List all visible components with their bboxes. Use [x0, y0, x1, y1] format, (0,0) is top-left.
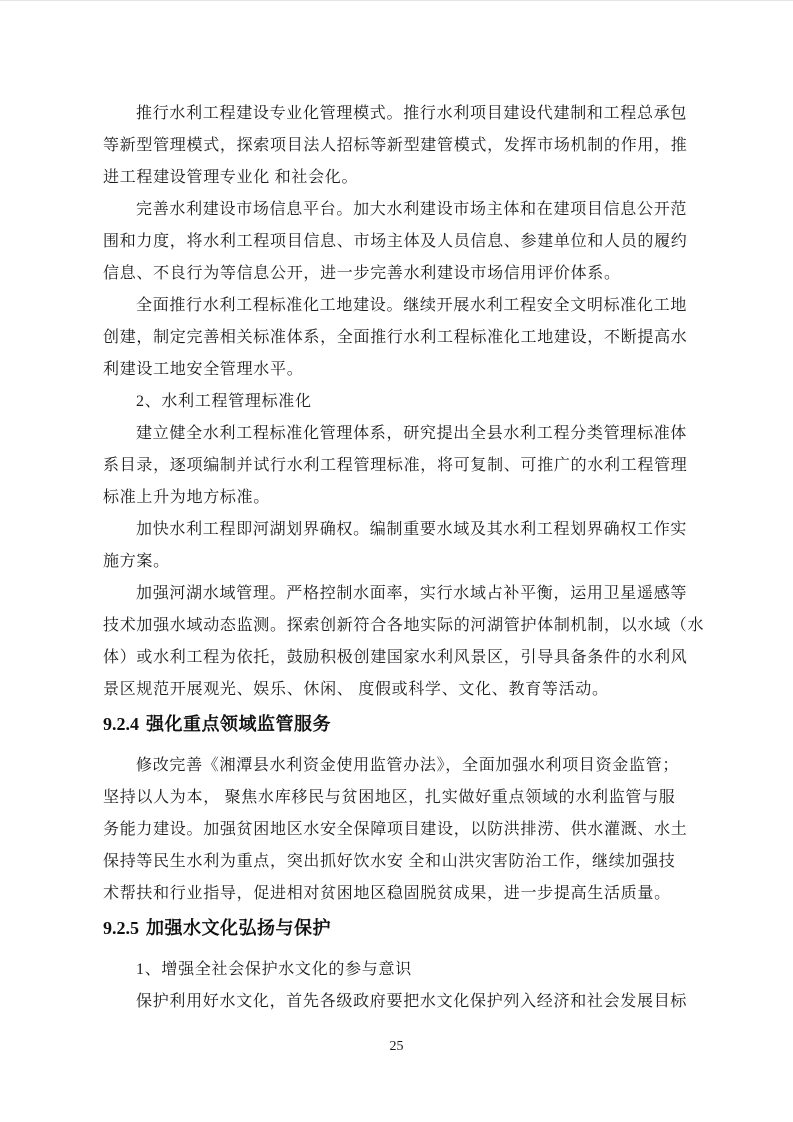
paragraph-line: 进工程建设管理专业化 和社会化。 [103, 162, 693, 194]
section-heading-9-2-4: 9.2.4强化重点领域监管服务 [103, 706, 693, 742]
paragraph-line: 创建，制定完善相关标准体系，全面推行水利工程标准化工地建设，不断提高水 [103, 322, 693, 354]
paragraph-line: 标准上升为地方标准。 [103, 482, 693, 514]
paragraph-line: 等新型管理模式，探索项目法人招标等新型建管模式，发挥市场机制的作用，推 [103, 130, 693, 162]
document-page: 推行水利工程建设专业化管理模式。推行水利项目建设代建制和工程总承包 等新型管理模… [0, 0, 793, 1122]
list-item-line: 2、水利工程管理标准化 [103, 386, 693, 418]
paragraph-line: 全面推行水利工程标准化工地建设。继续开展水利工程安全文明标准化工地 [103, 290, 693, 322]
paragraph-line: 加强河湖水域管理。严格控制水面率，实行水域占补平衡，运用卫星遥感等 [103, 578, 693, 610]
paragraph-line: 利建设工地安全管理水平。 [103, 354, 693, 386]
paragraph-line: 修改完善《湘潭县水利资金使用监管办法》，全面加强水利项目资金监管； [103, 750, 693, 782]
paragraph-line: 景区规范开展观光、娱乐、休闲、 度假或科学、文化、教育等活动。 [103, 674, 693, 706]
paragraph-line: 信息、不良行为等信息公开，进一步完善水利建设市场信用评价体系。 [103, 258, 693, 290]
paragraph-line: 系目录，逐项编制并试行水利工程管理标准，将可复制、可推广的水利工程管理 [103, 450, 693, 482]
paragraph-line: 推行水利工程建设专业化管理模式。推行水利项目建设代建制和工程总承包 [103, 98, 693, 130]
paragraph-line: 建立健全水利工程标准化管理体系，研究提出全县水利工程分类管理标准体 [103, 418, 693, 450]
paragraph-line: 坚持以人为本， 聚焦水库移民与贫困地区，扎实做好重点领域的水利监管与服 [103, 782, 693, 814]
paragraph-line: 施方案。 [103, 546, 693, 578]
paragraph-line: 体）或水利工程为依托，鼓励积极创建国家水利风景区，引导具备条件的水利风 [103, 642, 693, 674]
page-top-edge [0, 0, 793, 1]
paragraph-line: 保护利用好水文化，首先各级政府要把水文化保护列入经济和社会发展目标 [103, 986, 693, 1018]
paragraph-line: 围和力度，将水利工程项目信息、市场主体及人员信息、参建单位和人员的履约 [103, 226, 693, 258]
paragraph-line: 完善水利建设市场信息平台。加大水利建设市场主体和在建项目信息公开范 [103, 194, 693, 226]
list-item-line: 1、增强全社会保护水文化的参与意识 [103, 954, 693, 986]
section-number: 9.2.5 [103, 918, 139, 938]
paragraph-line: 技术加强水域动态监测。探索创新符合各地实际的河湖管护体制机制，以水域（水 [103, 610, 693, 642]
section-number: 9.2.4 [103, 714, 139, 734]
section-title: 强化重点领域监管服务 [146, 714, 331, 734]
document-body: 推行水利工程建设专业化管理模式。推行水利项目建设代建制和工程总承包 等新型管理模… [103, 98, 693, 1018]
paragraph-line: 术帮扶和行业指导，促进相对贫困地区稳固脱贫成果，进一步提高生活质量。 [103, 878, 693, 910]
section-heading-9-2-5: 9.2.5加强水文化弘扬与保护 [103, 910, 693, 946]
section-title: 加强水文化弘扬与保护 [146, 918, 331, 938]
page-number: 25 [0, 1038, 793, 1056]
paragraph-line: 务能力建设。加强贫困地区水安全保障项目建设，以防洪排涝、供水灌溉、水土 [103, 814, 693, 846]
paragraph-line: 保持等民生水利为重点，突出抓好饮水安 全和山洪灾害防治工作，继续加强技 [103, 846, 693, 878]
paragraph-line: 加快水利工程即河湖划界确权。编制重要水域及其水利工程划界确权工作实 [103, 514, 693, 546]
